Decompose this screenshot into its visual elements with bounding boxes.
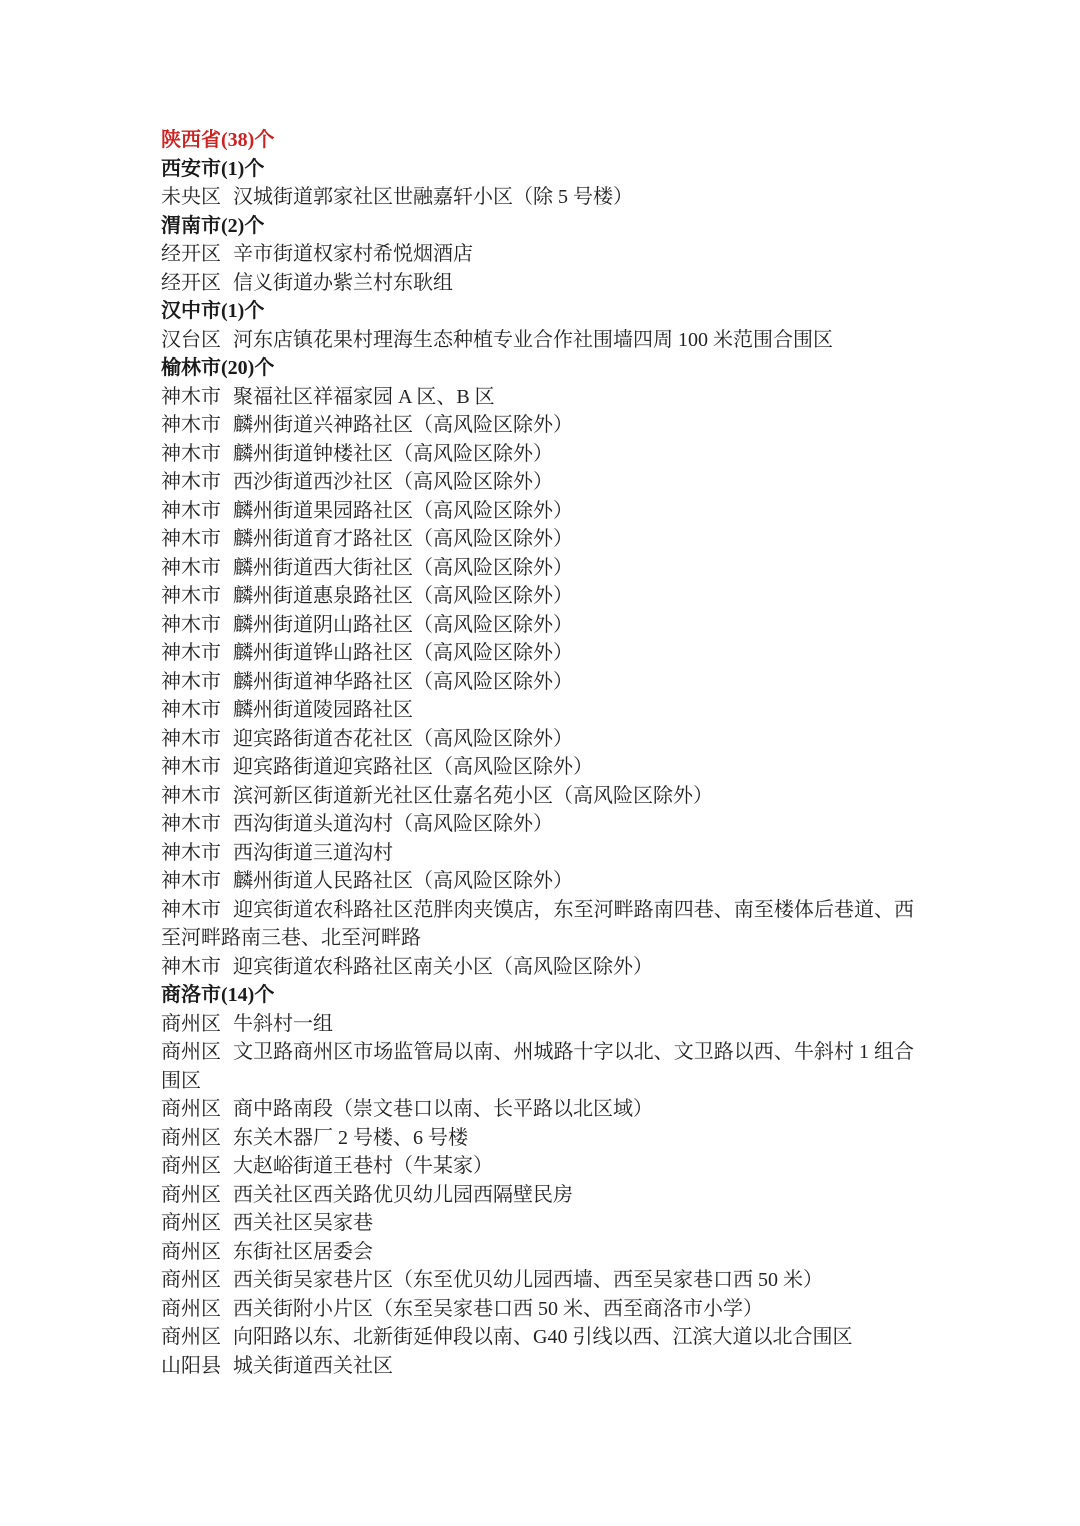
district-label: 神木市 (161, 528, 221, 550)
risk-area-row: 神木市迎宾路街道迎宾路社区（高风险区除外） (161, 753, 914, 782)
district-label: 商州区 (161, 1212, 221, 1234)
area-detail: 城关街道西关社区 (233, 1355, 393, 1377)
risk-area-row: 商州区大赵峪街道王巷村（牛某家） (161, 1152, 914, 1181)
area-detail: 商中路南段（崇文巷口以南、长平路以北区域） (233, 1098, 653, 1120)
area-detail: 河东店镇花果村理海生态种植专业合作社围墙四周 100 米范围合围区 (233, 329, 833, 351)
district-label: 神木市 (161, 614, 221, 636)
district-label: 神木市 (161, 500, 221, 522)
area-detail: 麟州街道人民路社区（高风险区除外） (233, 870, 573, 892)
area-detail: 辛市街道权家村希悦烟酒店 (233, 243, 473, 265)
risk-area-row: 商州区向阳路以东、北新街延伸段以南、G40 引线以西、江滨大道以北合围区 (161, 1323, 914, 1352)
risk-area-row: 商州区西关街附小片区（东至吴家巷口西 50 米、西至商洛市小学） (161, 1295, 914, 1324)
risk-area-row: 商州区牛斜村一组 (161, 1010, 914, 1039)
area-detail: 麟州街道钟楼社区（高风险区除外） (233, 443, 553, 465)
district-label: 神木市 (161, 756, 221, 778)
city-header: 汉中市(1)个 (161, 297, 914, 326)
area-detail: 麟州街道铧山路社区（高风险区除外） (233, 642, 573, 664)
district-label: 商州区 (161, 1127, 221, 1149)
area-detail: 向阳路以东、北新街延伸段以南、G40 引线以西、江滨大道以北合围区 (233, 1326, 852, 1348)
district-label: 经开区 (161, 243, 221, 265)
city-header: 榆林市(20)个 (161, 354, 914, 383)
risk-area-row: 商州区西关街吴家巷片区（东至优贝幼儿园西墙、西至吴家巷口西 50 米） (161, 1266, 914, 1295)
district-label: 经开区 (161, 272, 221, 294)
document-content: 陕西省(38)个 西安市(1)个未央区汉城街道郭家社区世融嘉轩小区（除 5 号楼… (161, 126, 914, 1380)
risk-area-row: 汉台区河东店镇花果村理海生态种植专业合作社围墙四周 100 米范围合围区 (161, 326, 914, 355)
risk-area-row: 神木市麟州街道神华路社区（高风险区除外） (161, 668, 914, 697)
area-detail: 西沙街道西沙社区（高风险区除外） (233, 471, 553, 493)
area-detail: 麟州街道惠泉路社区（高风险区除外） (233, 585, 573, 607)
district-label: 商州区 (161, 1184, 221, 1206)
city-header: 西安市(1)个 (161, 155, 914, 184)
risk-area-row: 神木市西沟街道头道沟村（高风险区除外） (161, 810, 914, 839)
district-label: 神木市 (161, 956, 221, 978)
area-detail: 麟州街道育才路社区（高风险区除外） (233, 528, 573, 550)
district-label: 神木市 (161, 557, 221, 579)
city-header: 渭南市(2)个 (161, 212, 914, 241)
area-detail: 大赵峪街道王巷村（牛某家） (233, 1155, 493, 1177)
risk-area-row: 商州区东街社区居委会 (161, 1238, 914, 1267)
area-detail: 西关街附小片区（东至吴家巷口西 50 米、西至商洛市小学） (233, 1298, 763, 1320)
district-label: 神木市 (161, 386, 221, 408)
district-label: 商州区 (161, 1298, 221, 1320)
risk-area-row: 神木市聚福社区祥福家园 A 区、B 区 (161, 383, 914, 412)
area-detail: 麟州街道兴神路社区（高风险区除外） (233, 414, 573, 436)
risk-area-row: 神木市麟州街道阴山路社区（高风险区除外） (161, 611, 914, 640)
area-detail: 牛斜村一组 (233, 1013, 333, 1035)
risk-area-row: 神木市麟州街道西大街社区（高风险区除外） (161, 554, 914, 583)
risk-area-row: 未央区汉城街道郭家社区世融嘉轩小区（除 5 号楼） (161, 183, 914, 212)
risk-area-row: 经开区信义街道办紫兰村东耿组 (161, 269, 914, 298)
area-detail: 文卫路商州区市场监管局以南、州城路十字以北、文卫路以西、牛斜村 1 组合围区 (161, 1041, 914, 1092)
district-label: 神木市 (161, 471, 221, 493)
area-detail: 西关街吴家巷片区（东至优贝幼儿园西墙、西至吴家巷口西 50 米） (233, 1269, 823, 1291)
city-header: 商洛市(14)个 (161, 981, 914, 1010)
area-detail: 迎宾街道农科路社区范胖肉夹馍店，东至河畔路南四巷、南至楼体后巷道、西至河畔路南三… (161, 899, 914, 950)
area-detail: 迎宾路街道杏花社区（高风险区除外） (233, 728, 573, 750)
risk-area-row: 神木市迎宾街道农科路社区范胖肉夹馍店，东至河畔路南四巷、南至楼体后巷道、西至河畔… (161, 896, 914, 953)
area-detail: 西关社区西关路优贝幼儿园西隔壁民房 (233, 1184, 573, 1206)
area-detail: 麟州街道陵园路社区 (233, 699, 413, 721)
area-detail: 麟州街道阴山路社区（高风险区除外） (233, 614, 573, 636)
area-detail: 西沟街道头道沟村（高风险区除外） (233, 813, 553, 835)
area-detail: 迎宾街道农科路社区南关小区（高风险区除外） (233, 956, 653, 978)
district-label: 神木市 (161, 642, 221, 664)
area-detail: 信义街道办紫兰村东耿组 (233, 272, 453, 294)
district-label: 汉台区 (161, 329, 221, 351)
document-page: 陕西省(38)个 西安市(1)个未央区汉城街道郭家社区世融嘉轩小区（除 5 号楼… (0, 0, 1080, 1526)
district-label: 商州区 (161, 1041, 221, 1063)
area-detail: 滨河新区街道新光社区仕嘉名苑小区（高风险区除外） (233, 785, 713, 807)
area-detail: 西沟街道三道沟村 (233, 842, 393, 864)
risk-area-row: 商州区商中路南段（崇文巷口以南、长平路以北区域） (161, 1095, 914, 1124)
district-label: 商州区 (161, 1269, 221, 1291)
risk-area-row: 神木市麟州街道育才路社区（高风险区除外） (161, 525, 914, 554)
district-label: 神木市 (161, 414, 221, 436)
district-label: 商州区 (161, 1241, 221, 1263)
district-label: 神木市 (161, 899, 221, 921)
province-header: 陕西省(38)个 (161, 126, 914, 155)
risk-area-row: 神木市麟州街道兴神路社区（高风险区除外） (161, 411, 914, 440)
risk-area-row: 神木市迎宾路街道杏花社区（高风险区除外） (161, 725, 914, 754)
district-label: 神木市 (161, 870, 221, 892)
district-label: 神木市 (161, 785, 221, 807)
risk-area-row: 神木市迎宾街道农科路社区南关小区（高风险区除外） (161, 953, 914, 982)
area-detail: 东街社区居委会 (233, 1241, 373, 1263)
risk-area-row: 神木市西沟街道三道沟村 (161, 839, 914, 868)
sections-container: 西安市(1)个未央区汉城街道郭家社区世融嘉轩小区（除 5 号楼）渭南市(2)个经… (161, 155, 914, 1381)
area-detail: 迎宾路街道迎宾路社区（高风险区除外） (233, 756, 593, 778)
district-label: 商州区 (161, 1013, 221, 1035)
district-label: 未央区 (161, 186, 221, 208)
district-label: 神木市 (161, 842, 221, 864)
risk-area-row: 经开区辛市街道权家村希悦烟酒店 (161, 240, 914, 269)
area-detail: 麟州街道果园路社区（高风险区除外） (233, 500, 573, 522)
district-label: 商州区 (161, 1326, 221, 1348)
risk-area-row: 山阳县城关街道西关社区 (161, 1352, 914, 1381)
area-detail: 聚福社区祥福家园 A 区、B 区 (233, 386, 495, 408)
risk-area-row: 神木市滨河新区街道新光社区仕嘉名苑小区（高风险区除外） (161, 782, 914, 811)
district-label: 商州区 (161, 1098, 221, 1120)
risk-area-row: 神木市麟州街道铧山路社区（高风险区除外） (161, 639, 914, 668)
risk-area-row: 神木市西沙街道西沙社区（高风险区除外） (161, 468, 914, 497)
risk-area-row: 神木市麟州街道惠泉路社区（高风险区除外） (161, 582, 914, 611)
area-detail: 汉城街道郭家社区世融嘉轩小区（除 5 号楼） (233, 186, 633, 208)
district-label: 神木市 (161, 813, 221, 835)
district-label: 商州区 (161, 1155, 221, 1177)
risk-area-row: 商州区文卫路商州区市场监管局以南、州城路十字以北、文卫路以西、牛斜村 1 组合围… (161, 1038, 914, 1095)
risk-area-row: 神木市麟州街道陵园路社区 (161, 696, 914, 725)
risk-area-row: 神木市麟州街道人民路社区（高风险区除外） (161, 867, 914, 896)
district-label: 神木市 (161, 585, 221, 607)
district-label: 神木市 (161, 699, 221, 721)
area-detail: 西关社区吴家巷 (233, 1212, 373, 1234)
district-label: 神木市 (161, 728, 221, 750)
risk-area-row: 商州区西关社区吴家巷 (161, 1209, 914, 1238)
area-detail: 麟州街道西大街社区（高风险区除外） (233, 557, 573, 579)
risk-area-row: 神木市麟州街道果园路社区（高风险区除外） (161, 497, 914, 526)
risk-area-row: 商州区东关木器厂 2 号楼、6 号楼 (161, 1124, 914, 1153)
area-detail: 东关木器厂 2 号楼、6 号楼 (233, 1127, 468, 1149)
district-label: 神木市 (161, 443, 221, 465)
district-label: 山阳县 (161, 1355, 221, 1377)
risk-area-row: 神木市麟州街道钟楼社区（高风险区除外） (161, 440, 914, 469)
risk-area-row: 商州区西关社区西关路优贝幼儿园西隔壁民房 (161, 1181, 914, 1210)
district-label: 神木市 (161, 671, 221, 693)
area-detail: 麟州街道神华路社区（高风险区除外） (233, 671, 573, 693)
